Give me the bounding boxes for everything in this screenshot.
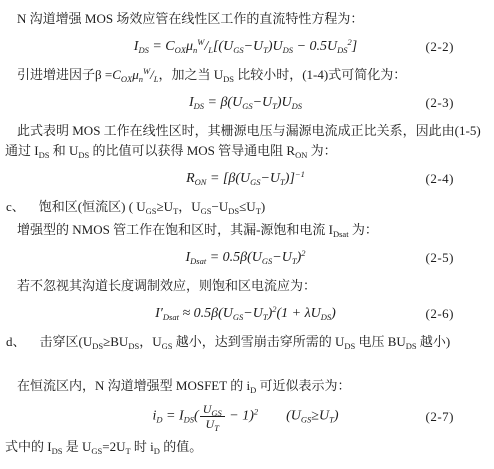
list-item-c-saturation-region: c、饱和区(恒流区) ( UGS≥UT，UGS−UDS≤UT) bbox=[5, 197, 486, 217]
list-item-c-text: 饱和区(恒流区) ( UGS≥UT，UGS−UDS≤UT) bbox=[39, 199, 265, 214]
equation-2-2: IDS = COXμnW/L[(UGS−UT)UDS − 0.5UDS2] (2… bbox=[5, 35, 486, 59]
equation-2-5-number: (2-5) bbox=[426, 246, 455, 270]
equation-2-6-body: I′Dsat ≈ 0.5β(UGS−UT)2(1 + λUDS) bbox=[155, 302, 336, 326]
equation-2-3-body: IDS = β(UGS−UT)UDS bbox=[189, 91, 302, 115]
paragraph-linear-intro: N 沟道增强 MOS 场效应管在线性区工作的直流特性方程为： bbox=[5, 9, 486, 29]
equation-2-3-number: (2-3) bbox=[426, 91, 455, 115]
equation-2-7: iD = IDS(UGSUT − 1)2 (UGS≥UT) (2-7) bbox=[5, 402, 486, 431]
list-item-d-text: 击穿区(UDS≥BUDS，UGS 越小，达到雪崩击穿所需的 UDS 电压 BUD… bbox=[40, 334, 451, 349]
equation-2-5: IDsat = 0.5β(UGS−UT)2 (2-5) bbox=[5, 246, 486, 270]
equation-2-4: RON = [β(UGS−UT)]−1 (2-4) bbox=[5, 167, 486, 191]
paragraph-constant-current-region: 在恒流区内，N 沟道增强型 MOSFET 的 iD 可近似表示为： bbox=[5, 376, 486, 396]
paragraph-channel-length-modulation: 若不忽视其沟道长度调制效应，则饱和区电流应为： bbox=[5, 276, 486, 296]
equation-2-5-body: IDsat = 0.5β(UGS−UT)2 bbox=[185, 246, 305, 270]
list-item-c-marker: c、 bbox=[6, 199, 25, 214]
equation-2-6-number: (2-6) bbox=[426, 302, 455, 326]
equation-2-7-number: (2-7) bbox=[426, 405, 455, 429]
equation-2-4-body: RON = [β(UGS−UT)]−1 bbox=[186, 167, 305, 191]
equation-2-2-body: IDS = COXμnW/L[(UGS−UT)UDS − 0.5UDS2] bbox=[134, 35, 357, 59]
equation-2-7-body: iD = IDS(UGSUT − 1)2 (UGS≥UT) bbox=[153, 402, 339, 431]
paragraph-saturation-current: 增强型的 NMOS 管工作在饱和区时，其漏-源饱和电流 IDsat 为： bbox=[5, 220, 486, 240]
equation-2-4-number: (2-4) bbox=[426, 167, 455, 191]
document-page: N 沟道增强 MOS 场效应管在线性区工作的直流特性方程为： IDS = COX… bbox=[0, 0, 494, 469]
list-item-d-marker: d、 bbox=[6, 334, 26, 349]
equation-2-2-number: (2-2) bbox=[426, 35, 455, 59]
paragraph-note-ids-definition: 式中的 IDS 是 UGS=2UT 时 iD 的值。 bbox=[5, 437, 486, 457]
equation-2-3: IDS = β(UGS−UT)UDS (2-3) bbox=[5, 91, 486, 115]
paragraph-on-resistance: 此式表明 MOS 工作在线性区时，其栅源电压与漏源电流成正比关系，因此由(1-5… bbox=[5, 121, 486, 161]
paragraph-beta-factor: 引进增进因子β =COXμnW/L，加之当 UDS 比较小时，(1-4)式可简化… bbox=[5, 65, 486, 85]
list-item-d-breakdown-region: d、击穿区(UDS≥BUDS，UGS 越小，达到雪崩击穿所需的 UDS 电压 B… bbox=[5, 332, 486, 352]
equation-2-6: I′Dsat ≈ 0.5β(UGS−UT)2(1 + λUDS) (2-6) bbox=[5, 302, 486, 326]
